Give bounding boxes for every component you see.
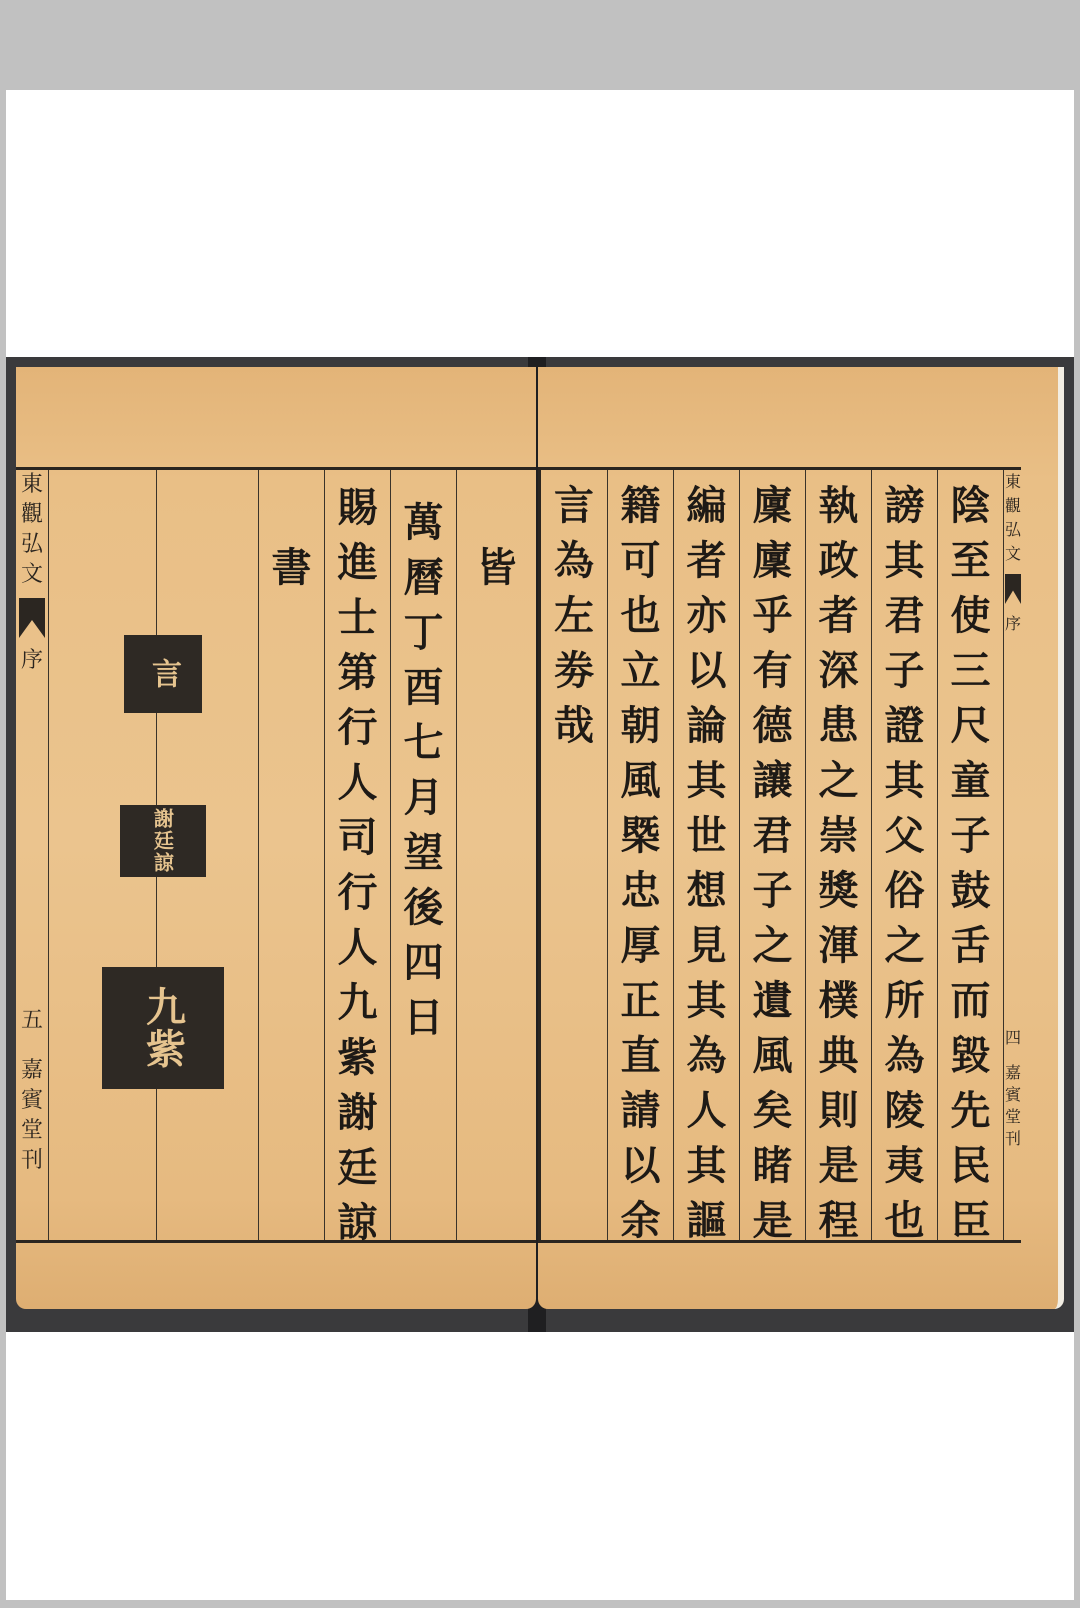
seal-3-stamp: 九紫: [102, 967, 224, 1089]
text-char: 其: [872, 533, 937, 588]
seal-3-text: 九紫: [135, 986, 192, 1070]
text-char: 見: [674, 918, 739, 973]
text-char: 其: [872, 753, 937, 808]
text-column-author: 賜 進 士 第 行 人 司 行 人 九 紫 謝 廷 諒: [324, 470, 390, 1240]
text-char: 臣: [938, 1193, 1003, 1248]
text-char: 者: [674, 533, 739, 588]
margin-title-char: 觀: [21, 500, 43, 530]
text-char: 尺: [938, 698, 1003, 753]
text-char: 可: [608, 533, 673, 588]
text-column: 執 政 者 深 患 之 崇 獎 渾 樸 典 則 是 程: [805, 470, 871, 1240]
text-char: 至: [938, 533, 1003, 588]
text-column: 皆: [456, 470, 536, 1240]
text-char: 子: [740, 863, 805, 918]
text-char: 之: [806, 753, 871, 808]
text-char: 世: [674, 808, 739, 863]
margin-publisher-char: 堂: [21, 1116, 43, 1146]
text-column: 言 為 左 劵 哉: [541, 470, 607, 1240]
book-scan: 東 觀 弘 文 序 五 嘉 賓 堂 刊 書: [6, 357, 1074, 1332]
text-column-date: 萬 曆 丁 酉 七 月 望 後 四 日: [390, 470, 456, 1240]
margin-section-char: 序: [21, 646, 43, 676]
text-char: 則: [806, 1083, 871, 1138]
text-char: 正: [608, 973, 673, 1028]
text-char: 人: [674, 1083, 739, 1138]
text-char: 諒: [325, 1195, 390, 1250]
margin-publisher-char: 嘉: [21, 1056, 43, 1086]
text-char: 朝: [608, 698, 673, 753]
text-char: 望: [391, 825, 456, 880]
text-char: 哉: [541, 698, 607, 753]
text-char: 渾: [806, 918, 871, 973]
margin-publisher-char: 刊: [1005, 1128, 1021, 1150]
margin-page-number: 四: [1005, 1026, 1021, 1050]
text-char: 也: [872, 1193, 937, 1248]
left-page-text-block: 東 觀 弘 文 序 五 嘉 賓 堂 刊 書: [16, 467, 536, 1243]
text-char: 以: [674, 643, 739, 698]
text-char: 鼓: [938, 863, 1003, 918]
text-char: 睹: [740, 1138, 805, 1193]
left-margin-column: 東 觀 弘 文 序 五 嘉 賓 堂 刊: [18, 470, 46, 1240]
text-char: 行: [325, 865, 390, 920]
text-char: 月: [391, 770, 456, 825]
text-char: 忠: [608, 863, 673, 918]
text-char: 紫: [325, 1030, 390, 1085]
text-char: 風: [740, 1028, 805, 1083]
text-char: 其: [674, 973, 739, 1028]
text-char: 編: [674, 478, 739, 533]
text-column: 編 者 亦 以 論 其 世 想 見 其 為 人 其 謳: [673, 470, 739, 1240]
text-char: 余: [608, 1193, 673, 1248]
margin-publisher-char: 嘉: [1005, 1062, 1021, 1084]
text-char: 而: [938, 973, 1003, 1028]
text-column: 謗 其 君 子 證 其 父 俗 之 所 為 陵 夷 也: [871, 470, 937, 1240]
text-char: 舌: [938, 918, 1003, 973]
text-char: 萬: [391, 495, 456, 550]
text-char: 廩: [740, 533, 805, 588]
text-char: 讓: [740, 753, 805, 808]
text-char: 為: [872, 1028, 937, 1083]
text-char: 人: [325, 755, 390, 810]
text-char: 想: [674, 863, 739, 918]
text-char: 曆: [391, 550, 456, 605]
fishtail-mark-icon: [1005, 574, 1021, 604]
seal-2-stamp: 謝廷諒: [120, 805, 206, 877]
text-char: 言: [541, 478, 607, 533]
text-char: 之: [872, 918, 937, 973]
seal-2-text: 謝廷諒: [149, 808, 178, 874]
text-char: 謝: [325, 1085, 390, 1140]
text-char: 所: [872, 973, 937, 1028]
text-char: 論: [674, 698, 739, 753]
margin-title-char: 東: [1005, 470, 1021, 494]
margin-title-char: 文: [21, 560, 43, 590]
text-char: 為: [541, 533, 607, 588]
text-char: 槩: [608, 808, 673, 863]
text-char: 者: [806, 588, 871, 643]
text-char: 乎: [740, 588, 805, 643]
text-char: 司: [325, 810, 390, 865]
margin-publisher-char: 刊: [21, 1146, 43, 1176]
text-char: 進: [325, 535, 390, 590]
text-char: 丁: [391, 605, 456, 660]
text-char: 患: [806, 698, 871, 753]
text-char: 遺: [740, 973, 805, 1028]
text-char: 君: [740, 808, 805, 863]
text-char: 謗: [872, 478, 937, 533]
text-char: 也: [608, 588, 673, 643]
text-char: 立: [608, 643, 673, 698]
margin-section-char: 序: [1005, 612, 1021, 636]
fishtail-mark-icon: [19, 598, 45, 638]
text-char: 廩: [740, 478, 805, 533]
text-char: 九: [325, 975, 390, 1030]
text-char: 直: [608, 1028, 673, 1083]
margin-title-char: 文: [1005, 542, 1021, 566]
right-page: 言 為 左 劵 哉 籍 可 也 立 朝 風 槩 忠 厚 正 直 請 以: [538, 367, 1064, 1309]
text-char: 政: [806, 533, 871, 588]
text-char: 以: [608, 1138, 673, 1193]
text-char: 君: [872, 588, 937, 643]
text-char: 先: [938, 1083, 1003, 1138]
text-char: 厚: [608, 918, 673, 973]
text-char: 夷: [872, 1138, 937, 1193]
margin-publisher-char: 賓: [1005, 1084, 1021, 1106]
margin-title-char: 觀: [1005, 494, 1021, 518]
text-char: 謳: [674, 1193, 739, 1248]
margin-publisher-char: 堂: [1005, 1106, 1021, 1128]
left-page: 東 觀 弘 文 序 五 嘉 賓 堂 刊 書: [16, 367, 536, 1309]
text-char: 矣: [740, 1083, 805, 1138]
text-char: 左: [541, 588, 607, 643]
text-char: 籍: [608, 478, 673, 533]
text-char: 獎: [806, 863, 871, 918]
text-column: 陰 至 使 三 尺 童 子 鼓 舌 而 毀 先 民 臣: [937, 470, 1003, 1240]
text-char: 德: [740, 698, 805, 753]
text-column: 書: [258, 470, 324, 1240]
text-char: 行: [325, 700, 390, 755]
margin-title-char: 弘: [21, 530, 43, 560]
text-char: 其: [674, 753, 739, 808]
text-char: 後: [391, 880, 456, 935]
text-char: 使: [938, 588, 1003, 643]
text-char: 民: [938, 1138, 1003, 1193]
right-margin-column: 東 觀 弘 文 序 四 嘉 賓 堂 刊: [1003, 470, 1022, 1240]
text-char: 典: [806, 1028, 871, 1083]
text-char: 四: [391, 935, 456, 990]
text-char: 書: [259, 540, 324, 595]
text-char: 陵: [872, 1083, 937, 1138]
text-char: 程: [806, 1193, 871, 1248]
text-column: 籍 可 也 立 朝 風 槩 忠 厚 正 直 請 以 余: [607, 470, 673, 1240]
text-char: 請: [608, 1083, 673, 1138]
text-char: 第: [325, 645, 390, 700]
margin-publisher-char: 賓: [21, 1086, 43, 1116]
text-char: 其: [674, 1138, 739, 1193]
text-char: 深: [806, 643, 871, 698]
text-char: 父: [872, 808, 937, 863]
text-char: 樸: [806, 973, 871, 1028]
text-char: 有: [740, 643, 805, 698]
text-char: 毀: [938, 1028, 1003, 1083]
text-char: 三: [938, 643, 1003, 698]
text-char: 劵: [541, 643, 607, 698]
text-char: 是: [740, 1193, 805, 1248]
text-char: 士: [325, 590, 390, 645]
text-char: 崇: [806, 808, 871, 863]
text-char: 為: [674, 1028, 739, 1083]
text-char: 執: [806, 478, 871, 533]
text-char: 廷: [325, 1140, 390, 1195]
text-char: 皆: [457, 540, 536, 595]
text-char: 日: [391, 990, 456, 1045]
margin-title-char: 弘: [1005, 518, 1021, 542]
text-char: 亦: [674, 588, 739, 643]
text-char: 證: [872, 698, 937, 753]
text-char: 人: [325, 920, 390, 975]
margin-title-char: 東: [21, 470, 43, 500]
margin-page-number: 五: [21, 1006, 43, 1036]
text-char: 七: [391, 715, 456, 770]
text-char: 之: [740, 918, 805, 973]
seal-1-stamp: 言: [124, 635, 202, 713]
right-page-text-block: 言 為 左 劵 哉 籍 可 也 立 朝 風 槩 忠 厚 正 直 請 以: [538, 467, 1021, 1243]
text-char: 子: [938, 808, 1003, 863]
text-char: 陰: [938, 478, 1003, 533]
text-char: 俗: [872, 863, 937, 918]
text-char: 賜: [325, 480, 390, 535]
text-char: 童: [938, 753, 1003, 808]
seal-1-text: 言: [141, 658, 185, 690]
text-column: 廩 廩 乎 有 德 讓 君 子 之 遺 風 矣 睹 是: [739, 470, 805, 1240]
text-char: 是: [806, 1138, 871, 1193]
text-char: 風: [608, 753, 673, 808]
text-char: 子: [872, 643, 937, 698]
text-char: 酉: [391, 660, 456, 715]
